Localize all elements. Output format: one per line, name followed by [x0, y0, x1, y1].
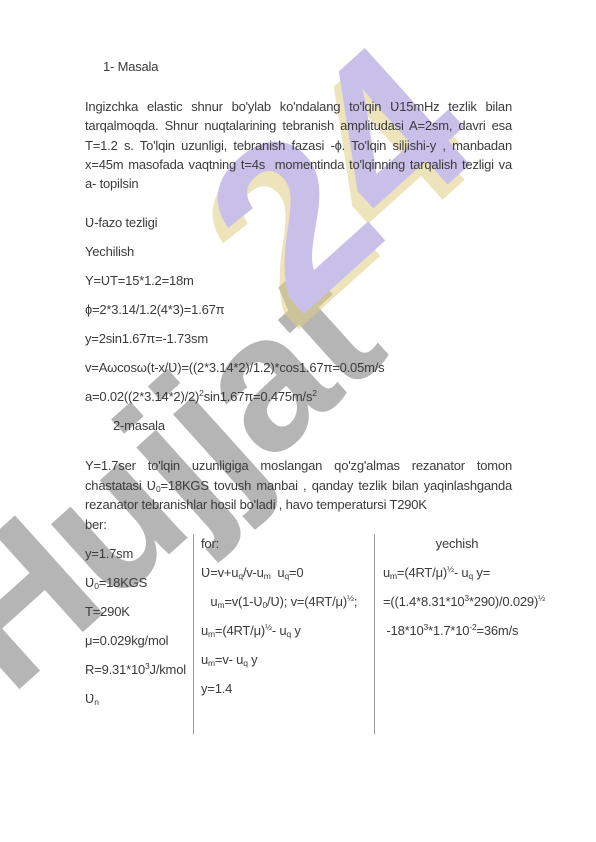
solution-label: Yechilish: [85, 242, 512, 261]
given-row: Ʋn: [85, 689, 193, 708]
formula-line-wavelength: Y=ƲT=15*1.2=18m: [85, 271, 512, 290]
problem-1-statement: Ingizchka elastic shnur bo'ylab ko'ndala…: [85, 97, 512, 193]
given-row: T=290K: [85, 602, 193, 621]
formula-row: y=1.4: [201, 679, 374, 698]
phase-velocity-label: Ʋ-fazo tezligi: [85, 213, 512, 232]
formula-line-acceleration: a=0.02((2*3.14*2)/2)2sin1.67π=0.475m/s2: [85, 387, 512, 406]
formula-line-velocity: v=Aωcosω(t-x/Ʋ)=((2*3.14*2)/1.2)*cos1.67…: [85, 358, 512, 377]
problem-1-heading: 1- Masala: [103, 57, 512, 76]
formula-row: um=v- uq y: [201, 650, 374, 669]
problem-2-statement: Y=1.7ser to'lqin uzunligiga moslangan qo…: [85, 456, 512, 514]
given-row: y=1.7sm: [85, 544, 193, 563]
given-row: μ=0.029kg/mol: [85, 631, 193, 650]
problem-2-heading: 2-masala: [113, 416, 512, 435]
formulas-header: for:: [201, 534, 374, 553]
given-formulas-solution-table: ber: y=1.7sm Ʋ0=18KGS T=290K μ=0.029kg/m…: [85, 534, 512, 734]
formula-line-phase: ɸ=2*3.14/1.2(4*3)=1.67π: [85, 300, 512, 319]
solution-row: =((1.4*8.31*103*290)/0.029)½: [383, 592, 545, 611]
given-header-label: ber:: [85, 515, 193, 534]
formulas-column: for: Ʋ=v+uq/v-um uq=0 um=v(1-Ʋ0/Ʋ); v=(4…: [193, 534, 375, 734]
formula-row: um=v(1-Ʋ0/Ʋ); v=(4RT/μ)½;: [201, 592, 374, 611]
formula-row: um=(4RT/μ)½- uq y: [201, 621, 374, 640]
solution-row: -18*103*1.7*10-2=36m/s: [383, 621, 545, 640]
given-column: ber: y=1.7sm Ʋ0=18KGS T=290K μ=0.029kg/m…: [85, 534, 193, 734]
solution-header: yechish: [383, 534, 545, 553]
formula-line-displacement: y=2sin1.67π=-1.73sm: [85, 329, 512, 348]
given-row: R=9.31*103J/kmol: [85, 660, 193, 679]
document-body: 1- Masala Ingizchka elastic shnur bo'yla…: [85, 0, 512, 734]
formula-row: Ʋ=v+uq/v-um uq=0: [201, 563, 374, 582]
page: { "watermark": { "word1": "Hujjat", "wor…: [0, 0, 596, 842]
given-row: Ʋ0=18KGS: [85, 573, 193, 592]
solution-column: yechish um=(4RT/μ)½- uq y= =((1.4*8.31*1…: [375, 534, 545, 734]
solution-row: um=(4RT/μ)½- uq y=: [383, 563, 545, 582]
